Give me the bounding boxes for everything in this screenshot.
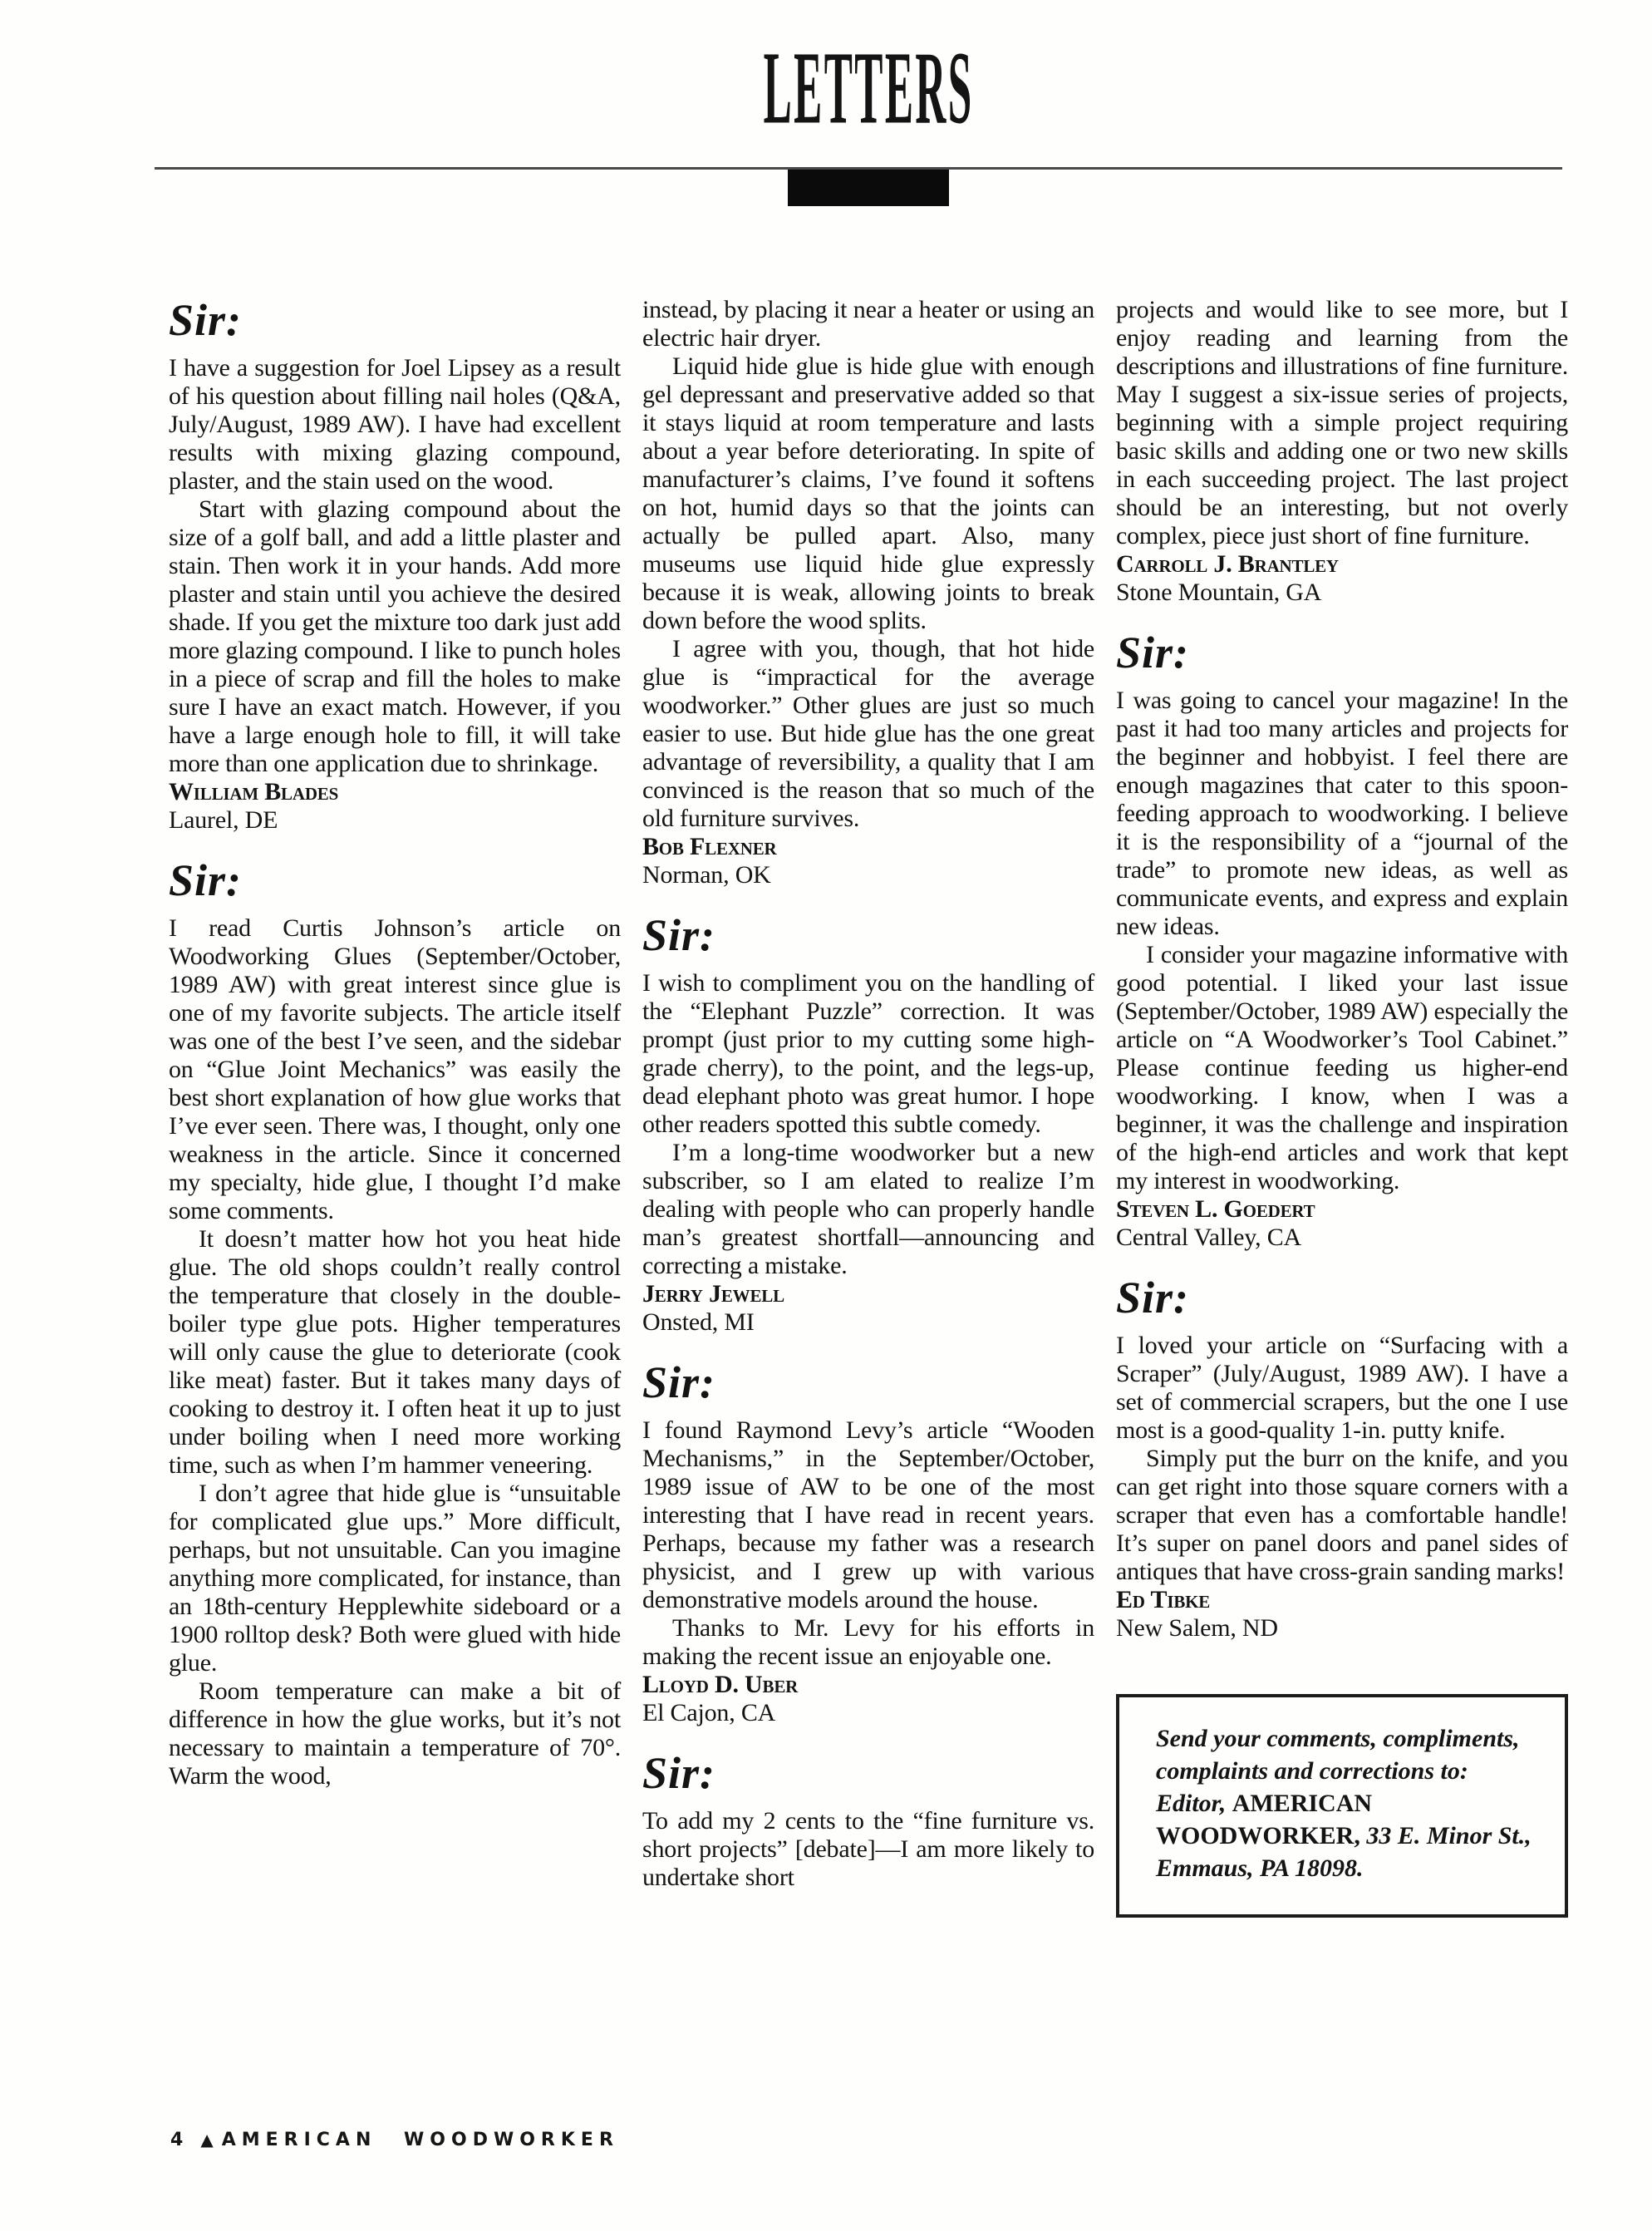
signature-name: William Blades	[169, 778, 621, 806]
letter-paragraph: Liquid hide glue is hide glue with enoug…	[642, 352, 1094, 635]
column-2: instead, by placing it near a heater or …	[642, 296, 1094, 1918]
signature-name: Carroll J. Brantley	[1116, 550, 1568, 579]
letter-paragraph-continued: projects and would like to see more, but…	[1116, 296, 1568, 550]
letter-salutation: Sir:	[1116, 1273, 1568, 1322]
letter-paragraph: To add my 2 cents to the “fine furniture…	[642, 1807, 1094, 1892]
page-title: LETTERS	[764, 11, 974, 166]
triangle-icon: ▲	[189, 2130, 221, 2150]
signature-name: Bob Flexner	[642, 833, 1094, 861]
letter-salutation: Sir:	[169, 856, 621, 904]
signature-name: Ed Tibke	[1116, 1586, 1568, 1614]
signature-location: New Salem, ND	[1116, 1614, 1568, 1642]
signature-name: Jerry Jewell	[642, 1280, 1094, 1308]
letter-paragraph: I don’t agree that hide glue is “unsuita…	[169, 1480, 621, 1677]
page-footer: 4▲AMERICAN WOODWORKER	[170, 2130, 619, 2150]
header-black-bar	[788, 170, 949, 206]
letter-paragraph: Room temperature can make a bit of diffe…	[169, 1677, 621, 1790]
column-1: Sir: I have a suggestion for Joel Lipsey…	[169, 296, 621, 1918]
letter-paragraph: I found Raymond Levy’s article “Wooden M…	[642, 1416, 1094, 1614]
signature-location: El Cajon, CA	[642, 1699, 1094, 1727]
letter-paragraph-continued: instead, by placing it near a heater or …	[642, 296, 1094, 352]
letter-paragraph: Thanks to Mr. Levy for his efforts in ma…	[642, 1614, 1094, 1671]
letter-salutation: Sir:	[642, 1749, 1094, 1797]
letters-columns: Sir: I have a suggestion for Joel Lipsey…	[169, 296, 1568, 1918]
letter-salutation: Sir:	[1116, 628, 1568, 677]
signature-location: Central Valley, CA	[1116, 1224, 1568, 1252]
letter-salutation: Sir:	[169, 296, 621, 344]
letter-paragraph: I agree with you, though, that hot hide …	[642, 635, 1094, 833]
masthead: LETTERS	[169, 86, 1568, 166]
editor-notice-box: Send your comments, compliments, complai…	[1116, 1694, 1568, 1918]
letter-paragraph: I’m a long-time woodworker but a new sub…	[642, 1139, 1094, 1280]
letter-paragraph: I loved your article on “Surfacing with …	[1116, 1332, 1568, 1445]
letter-salutation: Sir:	[642, 1358, 1094, 1406]
magazine-name: AMERICAN WOODWORKER	[222, 2130, 619, 2150]
letter-paragraph: I was going to cancel your magazine! In …	[1116, 687, 1568, 941]
letter-paragraph: I wish to compliment you on the handling…	[642, 969, 1094, 1139]
signature-name: Steven L. Goedert	[1116, 1195, 1568, 1224]
column-3: projects and would like to see more, but…	[1116, 296, 1568, 1918]
letter-paragraph: I consider your magazine informative wit…	[1116, 941, 1568, 1195]
letter-paragraph: Simply put the burr on the knife, and yo…	[1116, 1445, 1568, 1586]
page-number: 4	[170, 2130, 189, 2150]
signature-location: Norman, OK	[642, 861, 1094, 889]
signature-location: Stone Mountain, GA	[1116, 579, 1568, 607]
signature-location: Laurel, DE	[169, 806, 621, 835]
letter-salutation: Sir:	[642, 911, 1094, 959]
signature-name: Lloyd D. Uber	[642, 1671, 1094, 1699]
letter-paragraph: I read Curtis Johnson’s article on Woodw…	[169, 914, 621, 1225]
signature-location: Onsted, MI	[642, 1308, 1094, 1337]
magazine-letters-page: LETTERS Sir: I have a suggestion for Joe…	[0, 0, 1652, 2231]
letter-paragraph: Start with glazing compound about the si…	[169, 495, 621, 778]
letter-paragraph: It doesn’t matter how hot you heat hide …	[169, 1225, 621, 1480]
letter-paragraph: I have a suggestion for Joel Lipsey as a…	[169, 354, 621, 495]
